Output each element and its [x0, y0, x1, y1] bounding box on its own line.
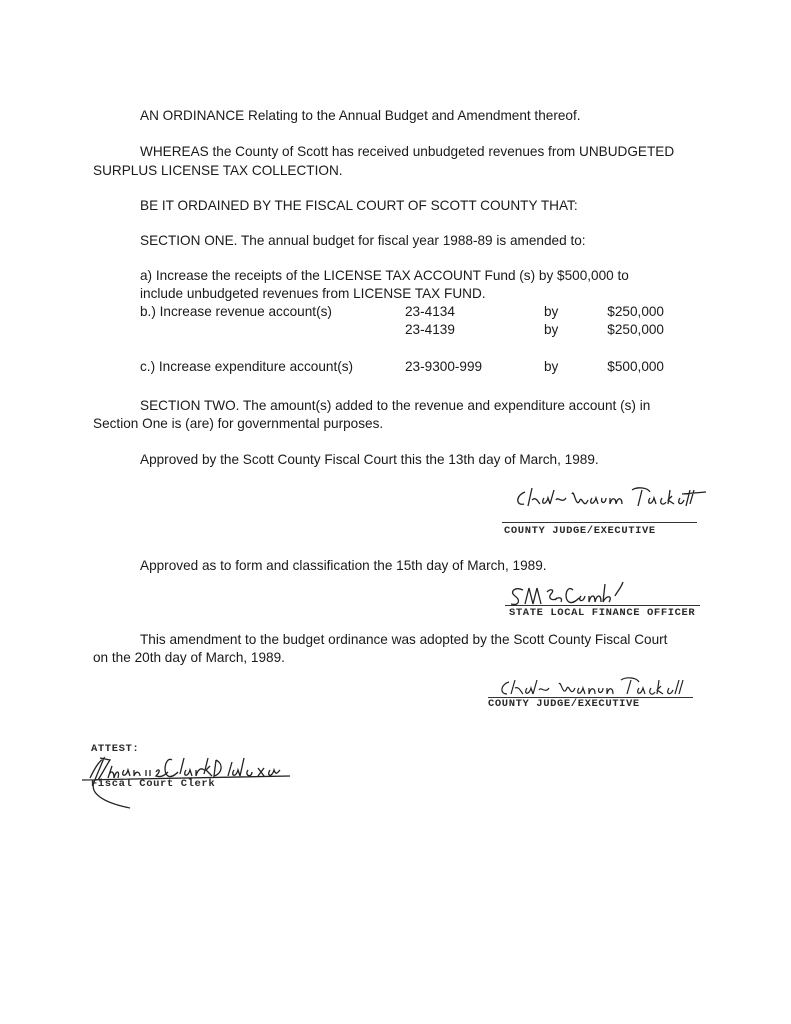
adopted-line-2: on the 20th day of March, 1989. [93, 650, 285, 665]
account-by: by [544, 359, 558, 374]
attest-title: Fiscal Court Clerk [91, 778, 215, 790]
account-amount: $250,000 [607, 322, 664, 337]
signature-title: COUNTY JUDGE/EXECUTIVE [504, 525, 656, 537]
item-a-line-1: a) Increase the receipts of the LICENSE … [140, 268, 629, 283]
signature-line [502, 522, 697, 523]
account-row-label: c.) Increase expenditure account(s) [140, 359, 353, 374]
section-two-line-2: Section One is (are) for governmental pu… [93, 416, 383, 431]
account-number: 23-9300-999 [405, 359, 482, 374]
account-by: by [544, 322, 558, 337]
account-amount: $500,000 [607, 359, 664, 374]
ordinance-title: AN ORDINANCE Relating to the Annual Budg… [140, 108, 581, 123]
adopted-line-1: This amendment to the budget ordinance w… [140, 632, 667, 647]
whereas-line-1: WHEREAS the County of Scott has received… [140, 144, 674, 159]
account-number: 23-4139 [405, 322, 455, 337]
ordained-clause: BE IT ORDAINED BY THE FISCAL COURT OF SC… [140, 198, 578, 213]
whereas-line-2: SURPLUS LICENSE TAX COLLECTION. [93, 163, 343, 178]
item-a-line-2: include unbudgeted revenues from LICENSE… [140, 286, 486, 301]
signature-line [505, 605, 700, 606]
signature-scribble [510, 482, 710, 522]
section-one-heading: SECTION ONE. The annual budget for fisca… [140, 233, 586, 248]
account-number: 23-4134 [405, 304, 455, 319]
account-row-label: b.) Increase revenue account(s) [140, 304, 332, 319]
account-by: by [544, 304, 558, 319]
approved-form-statement: Approved as to form and classification t… [140, 558, 547, 573]
section-two-line-1: SECTION TWO. The amount(s) added to the … [140, 398, 650, 413]
signature-title: COUNTY JUDGE/EXECUTIVE [488, 698, 640, 710]
approved-court-statement: Approved by the Scott County Fiscal Cour… [140, 452, 599, 467]
account-amount: $250,000 [607, 304, 664, 319]
signature-title: STATE LOCAL FINANCE OFFICER [509, 607, 695, 619]
